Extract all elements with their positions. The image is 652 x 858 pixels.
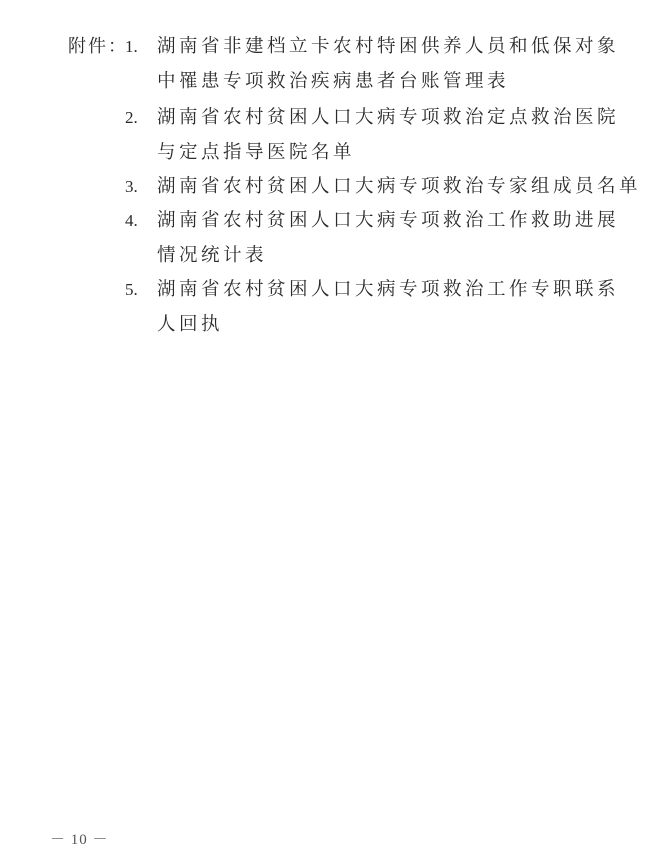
attachment-item-2: 2. 湖南省农村贫困人口大病专项救治定点救治医院 xyxy=(68,103,568,138)
item-title-line: 人回执 xyxy=(157,310,223,340)
attachment-item-3: 3. 湖南省农村贫困人口大病专项救治专家组成员名单 xyxy=(68,172,568,206)
attachment-item-5-cont: 人回执 xyxy=(68,310,568,345)
item-title-line: 湖南省农村贫困人口大病专项救治定点救治医院 xyxy=(157,103,619,133)
item-title-line: 湖南省农村贫困人口大病专项救治工作救助进展 xyxy=(157,206,619,236)
attachment-item-4: 4. 湖南省农村贫困人口大病专项救治工作救助进展 xyxy=(68,206,568,241)
item-title-line: 湖南省农村贫困人口大病专项救治工作专职联系 xyxy=(157,275,619,305)
attachment-item-5: 5. 湖南省农村贫困人口大病专项救治工作专职联系 xyxy=(68,275,568,310)
attachment-list: 附件： 1. 湖南省非建档立卡农村特困供养人员和低保对象 中罹患专项救治疾病患者… xyxy=(68,32,568,345)
item-number: 2. xyxy=(125,103,138,133)
item-title-line: 湖南省非建档立卡农村特困供养人员和低保对象 xyxy=(157,32,619,62)
attachment-item-1: 附件： 1. 湖南省非建档立卡农村特困供养人员和低保对象 xyxy=(68,32,568,67)
item-number: 3. xyxy=(125,172,138,202)
item-number: 5. xyxy=(125,275,138,305)
item-title-line: 湖南省农村贫困人口大病专项救治专家组成员名单 xyxy=(157,172,641,202)
item-title-line: 中罹患专项救治疾病患者台账管理表 xyxy=(157,67,509,97)
item-title-line: 与定点指导医院名单 xyxy=(157,138,355,168)
attachment-item-4-cont: 情况统计表 xyxy=(68,241,568,275)
page-number: － 10 － xyxy=(50,828,109,849)
item-title-line: 情况统计表 xyxy=(157,241,267,271)
attachment-label: 附件： xyxy=(68,32,128,62)
attachment-item-2-cont: 与定点指导医院名单 xyxy=(68,138,568,172)
item-number: 1. xyxy=(125,32,138,62)
attachment-item-1-cont: 中罹患专项救治疾病患者台账管理表 xyxy=(68,67,568,103)
item-number: 4. xyxy=(125,206,138,236)
